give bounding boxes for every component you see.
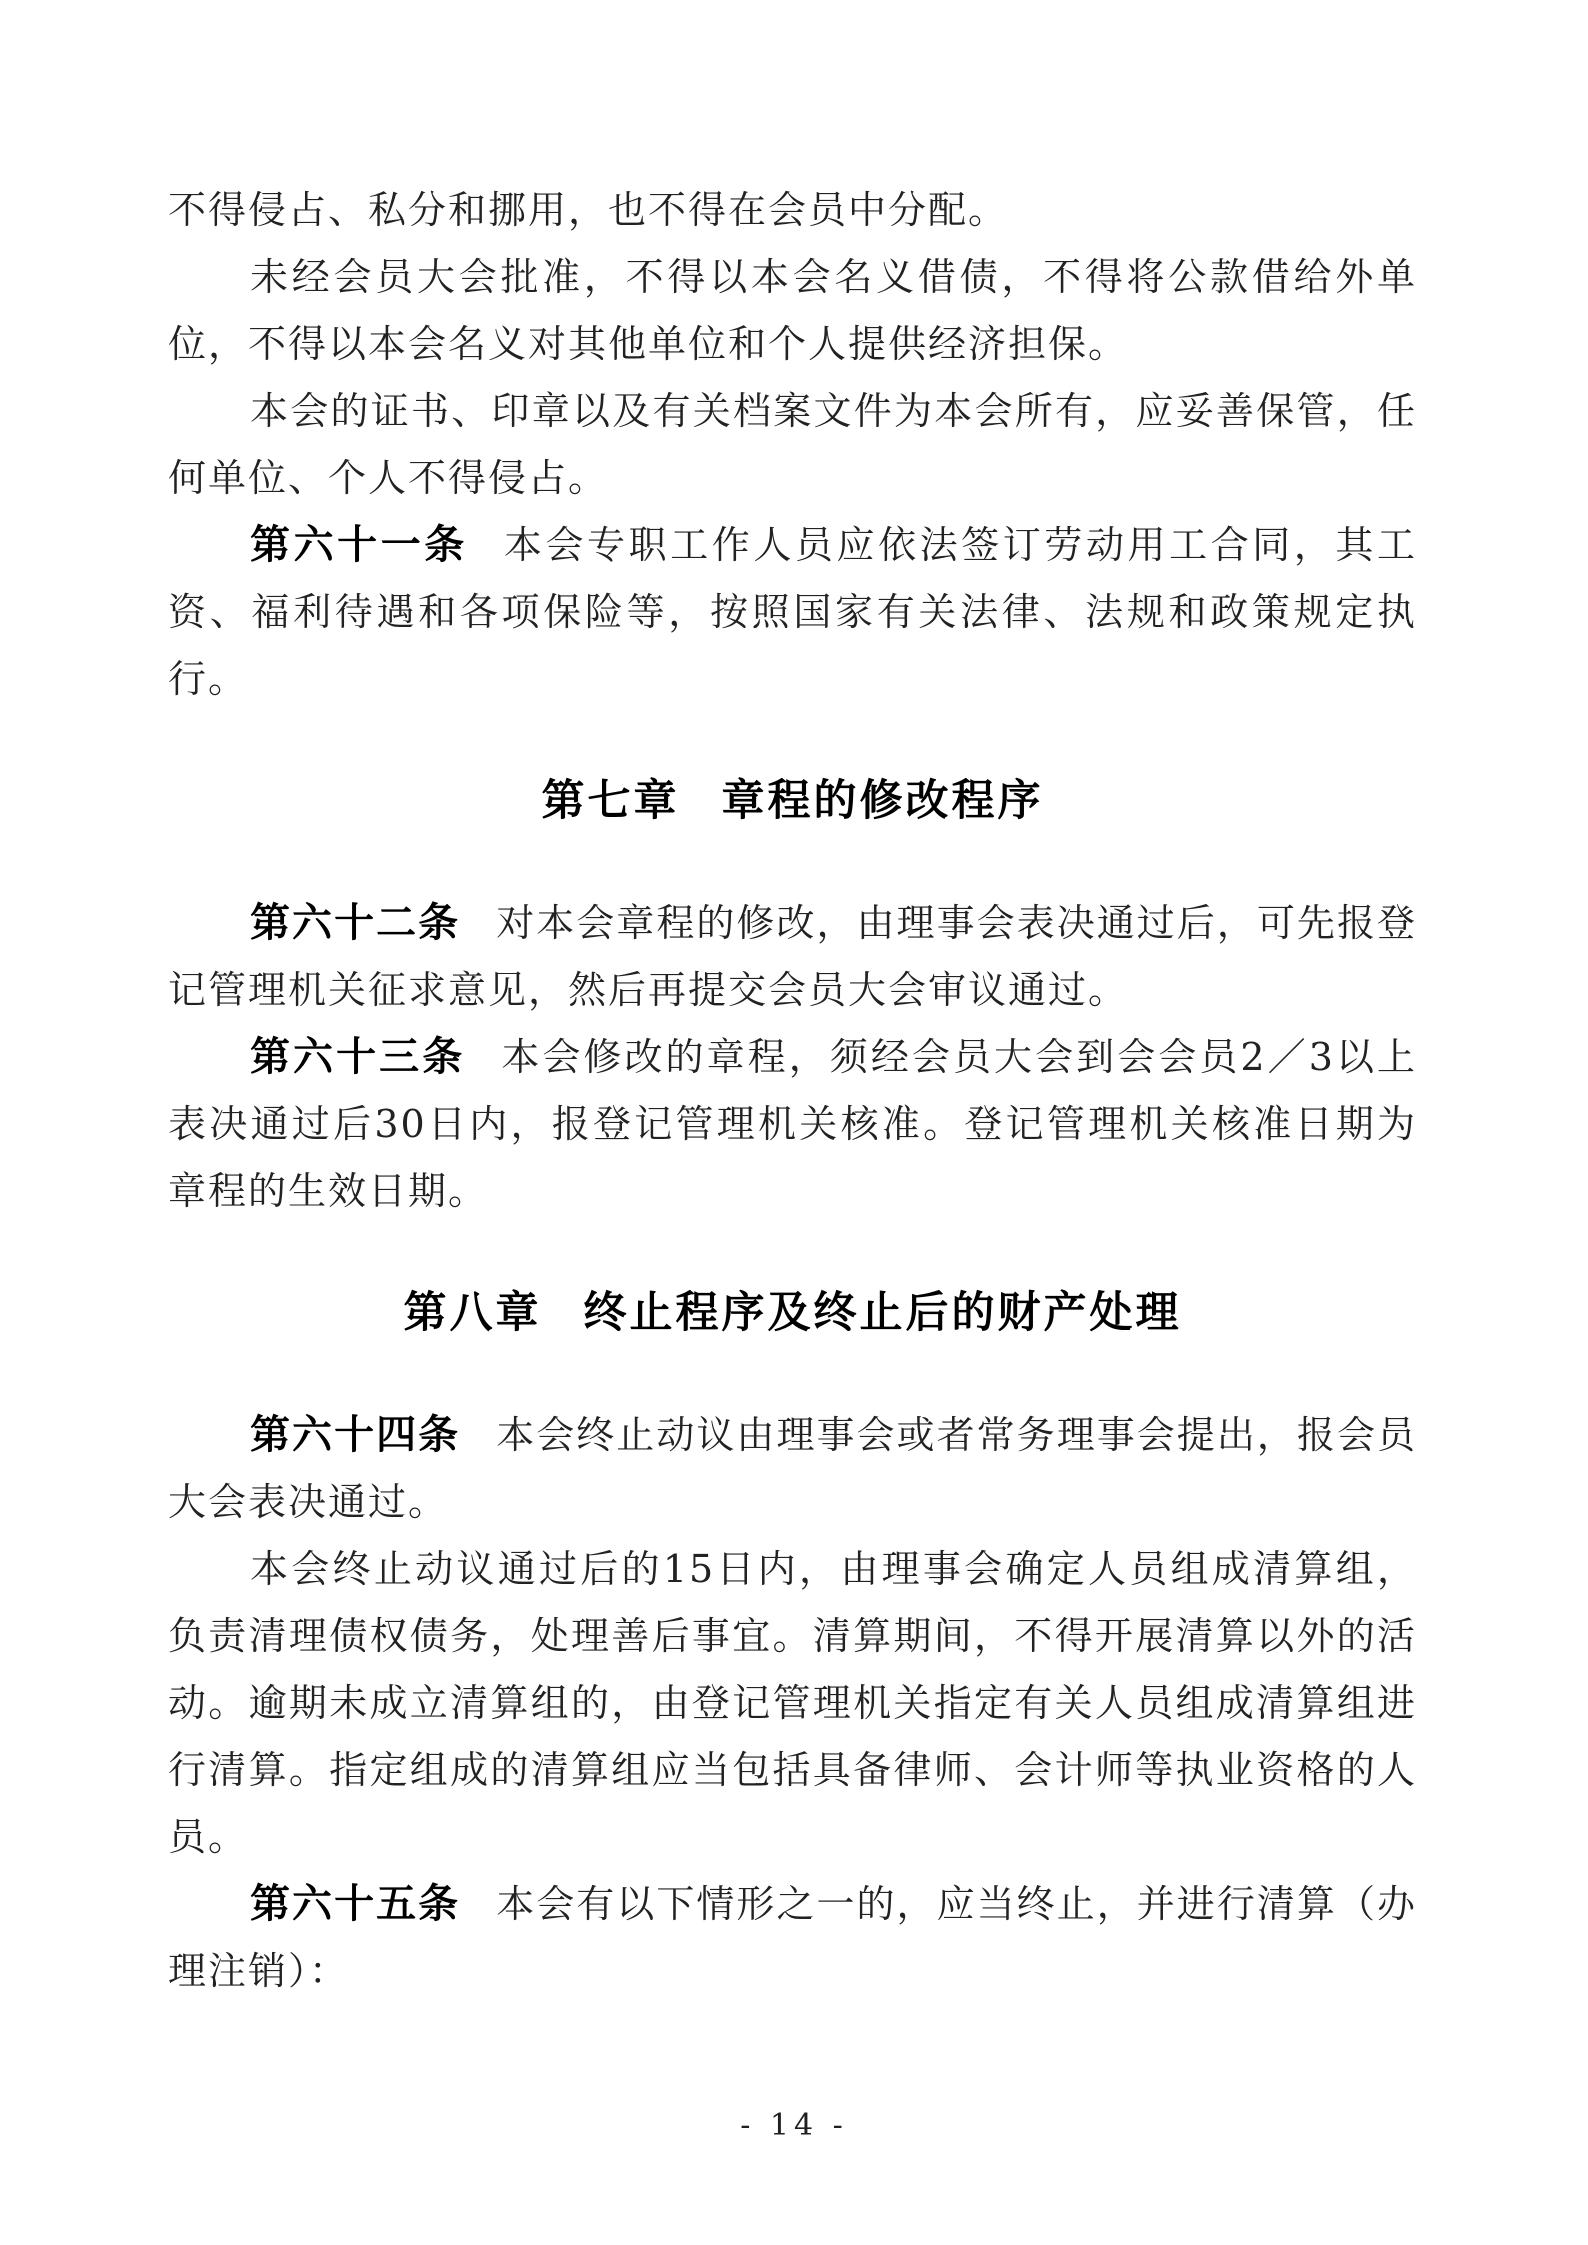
chapter-8-heading: 第八章终止程序及终止后的财产处理 xyxy=(168,1280,1417,1347)
chapter-7-heading: 第七章章程的修改程序 xyxy=(168,768,1417,835)
paragraph: 本会终止动议通过后的15日内，由理事会确定人员组成清算组，负责清理债权债务，处理… xyxy=(168,1536,1417,1871)
article-number-label: 第六十四条 xyxy=(250,1412,460,1458)
paragraph-article-65: 第六十五条本会有以下情形之一的，应当终止，并进行清算（办理注销）： xyxy=(168,1871,1417,2005)
chapter-title: 章程的修改程序 xyxy=(722,776,1044,826)
article-number-label: 第六十二条 xyxy=(250,900,460,946)
page-number: - 14 - xyxy=(0,2108,1588,2144)
article-number-label: 第六十三条 xyxy=(250,1034,465,1080)
paragraph-text: 未经会员大会批准，不得以本会名义借债，不得将公款借给外单位，不得以本会名义对其他… xyxy=(168,255,1417,366)
chapter-number: 第七章 xyxy=(542,776,680,826)
document-page: 不得侵占、私分和挪用，也不得在会员中分配。 未经会员大会批准，不得以本会名义借债… xyxy=(0,0,1588,2245)
paragraph-article-61: 第六十一条本会专职工作人员应依法签订劳动用工合同，其工资、福利待遇和各项保险等，… xyxy=(168,512,1417,713)
paragraph: 未经会员大会批准，不得以本会名义借债，不得将公款借给外单位，不得以本会名义对其他… xyxy=(168,244,1417,378)
article-number-label: 第六十五条 xyxy=(250,1881,460,1927)
paragraph: 本会的证书、印章以及有关档案文件为本会所有，应妥善保管，任何单位、个人不得侵占。 xyxy=(168,378,1417,512)
paragraph-article-63: 第六十三条本会修改的章程，须经会员大会到会会员2／3以上表决通过后30日内，报登… xyxy=(168,1024,1417,1225)
paragraph-article-64: 第六十四条本会终止动议由理事会或者常务理事会提出，报会员大会表决通过。 xyxy=(168,1402,1417,1536)
chapter-title: 终止程序及终止后的财产处理 xyxy=(584,1288,1182,1338)
article-number-label: 第六十一条 xyxy=(250,522,468,568)
chapter-number: 第八章 xyxy=(404,1288,542,1338)
paragraph-continuation: 不得侵占、私分和挪用，也不得在会员中分配。 xyxy=(168,177,1417,244)
paragraph-text: 本会终止动议通过后的15日内，由理事会确定人员组成清算组，负责清理债权债务，处理… xyxy=(168,1547,1417,1859)
paragraph-article-62: 第六十二条对本会章程的修改，由理事会表决通过后，可先报登记管理机关征求意见，然后… xyxy=(168,890,1417,1024)
paragraph-text: 本会的证书、印章以及有关档案文件为本会所有，应妥善保管，任何单位、个人不得侵占。 xyxy=(168,389,1417,500)
paragraph-text: 不得侵占、私分和挪用，也不得在会员中分配。 xyxy=(168,188,1008,232)
